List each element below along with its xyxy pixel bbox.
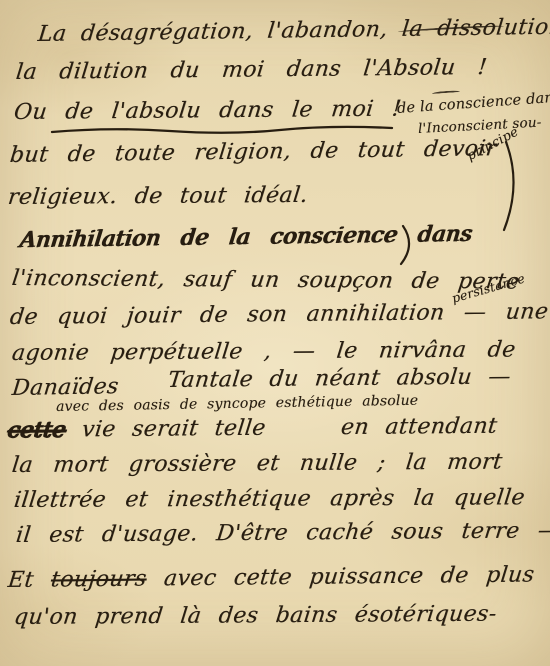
line-text: Danaïdes bbox=[11, 374, 120, 401]
handwritten-line-10-left: Danaïdes bbox=[12, 374, 119, 401]
handwritten-line-8: de quoi jouir de son annihilation — une bbox=[10, 299, 549, 330]
handwritten-line-6: Annihilation de la conscience dans bbox=[20, 222, 473, 253]
line-text: Et bbox=[7, 568, 36, 593]
handwritten-line-12: cette vie serait telle en attendant bbox=[8, 414, 497, 443]
line-text: agonie perpétuelle , — le nirvâna de bbox=[11, 337, 517, 366]
handwritten-line-10-right: Tantale du néant absolu — bbox=[168, 364, 511, 393]
handwritten-line-1: La désagrégation, l'abandon, la dissolut… bbox=[38, 15, 550, 47]
line-text: il est d'usage. D'être caché sous terre … bbox=[15, 518, 550, 548]
line-text: Ou de l'absolu dans le moi ! bbox=[13, 97, 403, 125]
handwritten-line-9: agonie perpétuelle , — le nirvâna de bbox=[12, 337, 516, 366]
line-text: La désagrégation, l'abandon, la dissolut… bbox=[37, 15, 550, 47]
interlinear-note: de la conscience dans bbox=[396, 90, 550, 117]
handwritten-line-3: Ou de l'absolu dans le moi ! bbox=[14, 97, 401, 125]
handwritten-line-13: la mort grossière et nulle ; la mort bbox=[12, 450, 502, 478]
crossed-out-word: toujours bbox=[50, 567, 148, 593]
line-text: la dilution du moi dans l'Absolu ! bbox=[15, 55, 489, 85]
emphasis-dash bbox=[432, 90, 460, 94]
line-text: Annihilation de la conscience dans bbox=[19, 222, 474, 253]
line-text: avec cette puissance de plus bbox=[163, 562, 536, 591]
line-text: l'inconscient, sauf un soupçon de perte bbox=[10, 266, 521, 295]
note-text: l'Inconscient sou- bbox=[418, 115, 542, 137]
line-text: Tantale du néant absolu — bbox=[167, 364, 513, 393]
crossed-out-word: cette bbox=[7, 417, 68, 443]
line-text: but de toute religion, de tout devoir bbox=[9, 136, 498, 168]
handwritten-line-5: religieux. de tout idéal. bbox=[8, 183, 308, 210]
handwritten-line-15: il est d'usage. D'être caché sous terre … bbox=[16, 518, 550, 548]
handwritten-line-14: illettrée et inesthétique après la quell… bbox=[14, 485, 525, 513]
manuscript-page: La désagrégation, l'abandon, la dissolut… bbox=[0, 0, 550, 666]
handwritten-line-4: but de toute religion, de tout devoir bbox=[10, 136, 497, 168]
underline-stroke bbox=[50, 124, 394, 136]
line-text: de quoi jouir de son annihilation — une bbox=[9, 299, 550, 330]
flourish-paren bbox=[498, 140, 524, 232]
handwritten-line-16: Et toujours avec cette puissance de plus bbox=[8, 562, 535, 593]
line-text: religieux. de tout idéal. bbox=[7, 183, 310, 210]
note-text: de la conscience dans bbox=[396, 90, 550, 117]
line-text: qu'on prend là des bains ésotériques- bbox=[13, 602, 498, 630]
handwritten-line-17: qu'on prend là des bains ésotériques- bbox=[14, 602, 497, 630]
interlinear-note: l'Inconscient sou- bbox=[418, 115, 542, 137]
handwritten-line-2: la dilution du moi dans l'Absolu ! bbox=[16, 55, 487, 85]
line-text-tail: en attendant bbox=[339, 414, 498, 440]
handwritten-line-7: l'inconscient, sauf un soupçon de perte bbox=[12, 266, 520, 295]
line-text: vie serait telle bbox=[81, 416, 268, 443]
line-text: illettrée et inesthétique après la quell… bbox=[13, 485, 527, 513]
line-text: la mort grossière et nulle ; la mort bbox=[11, 450, 504, 478]
